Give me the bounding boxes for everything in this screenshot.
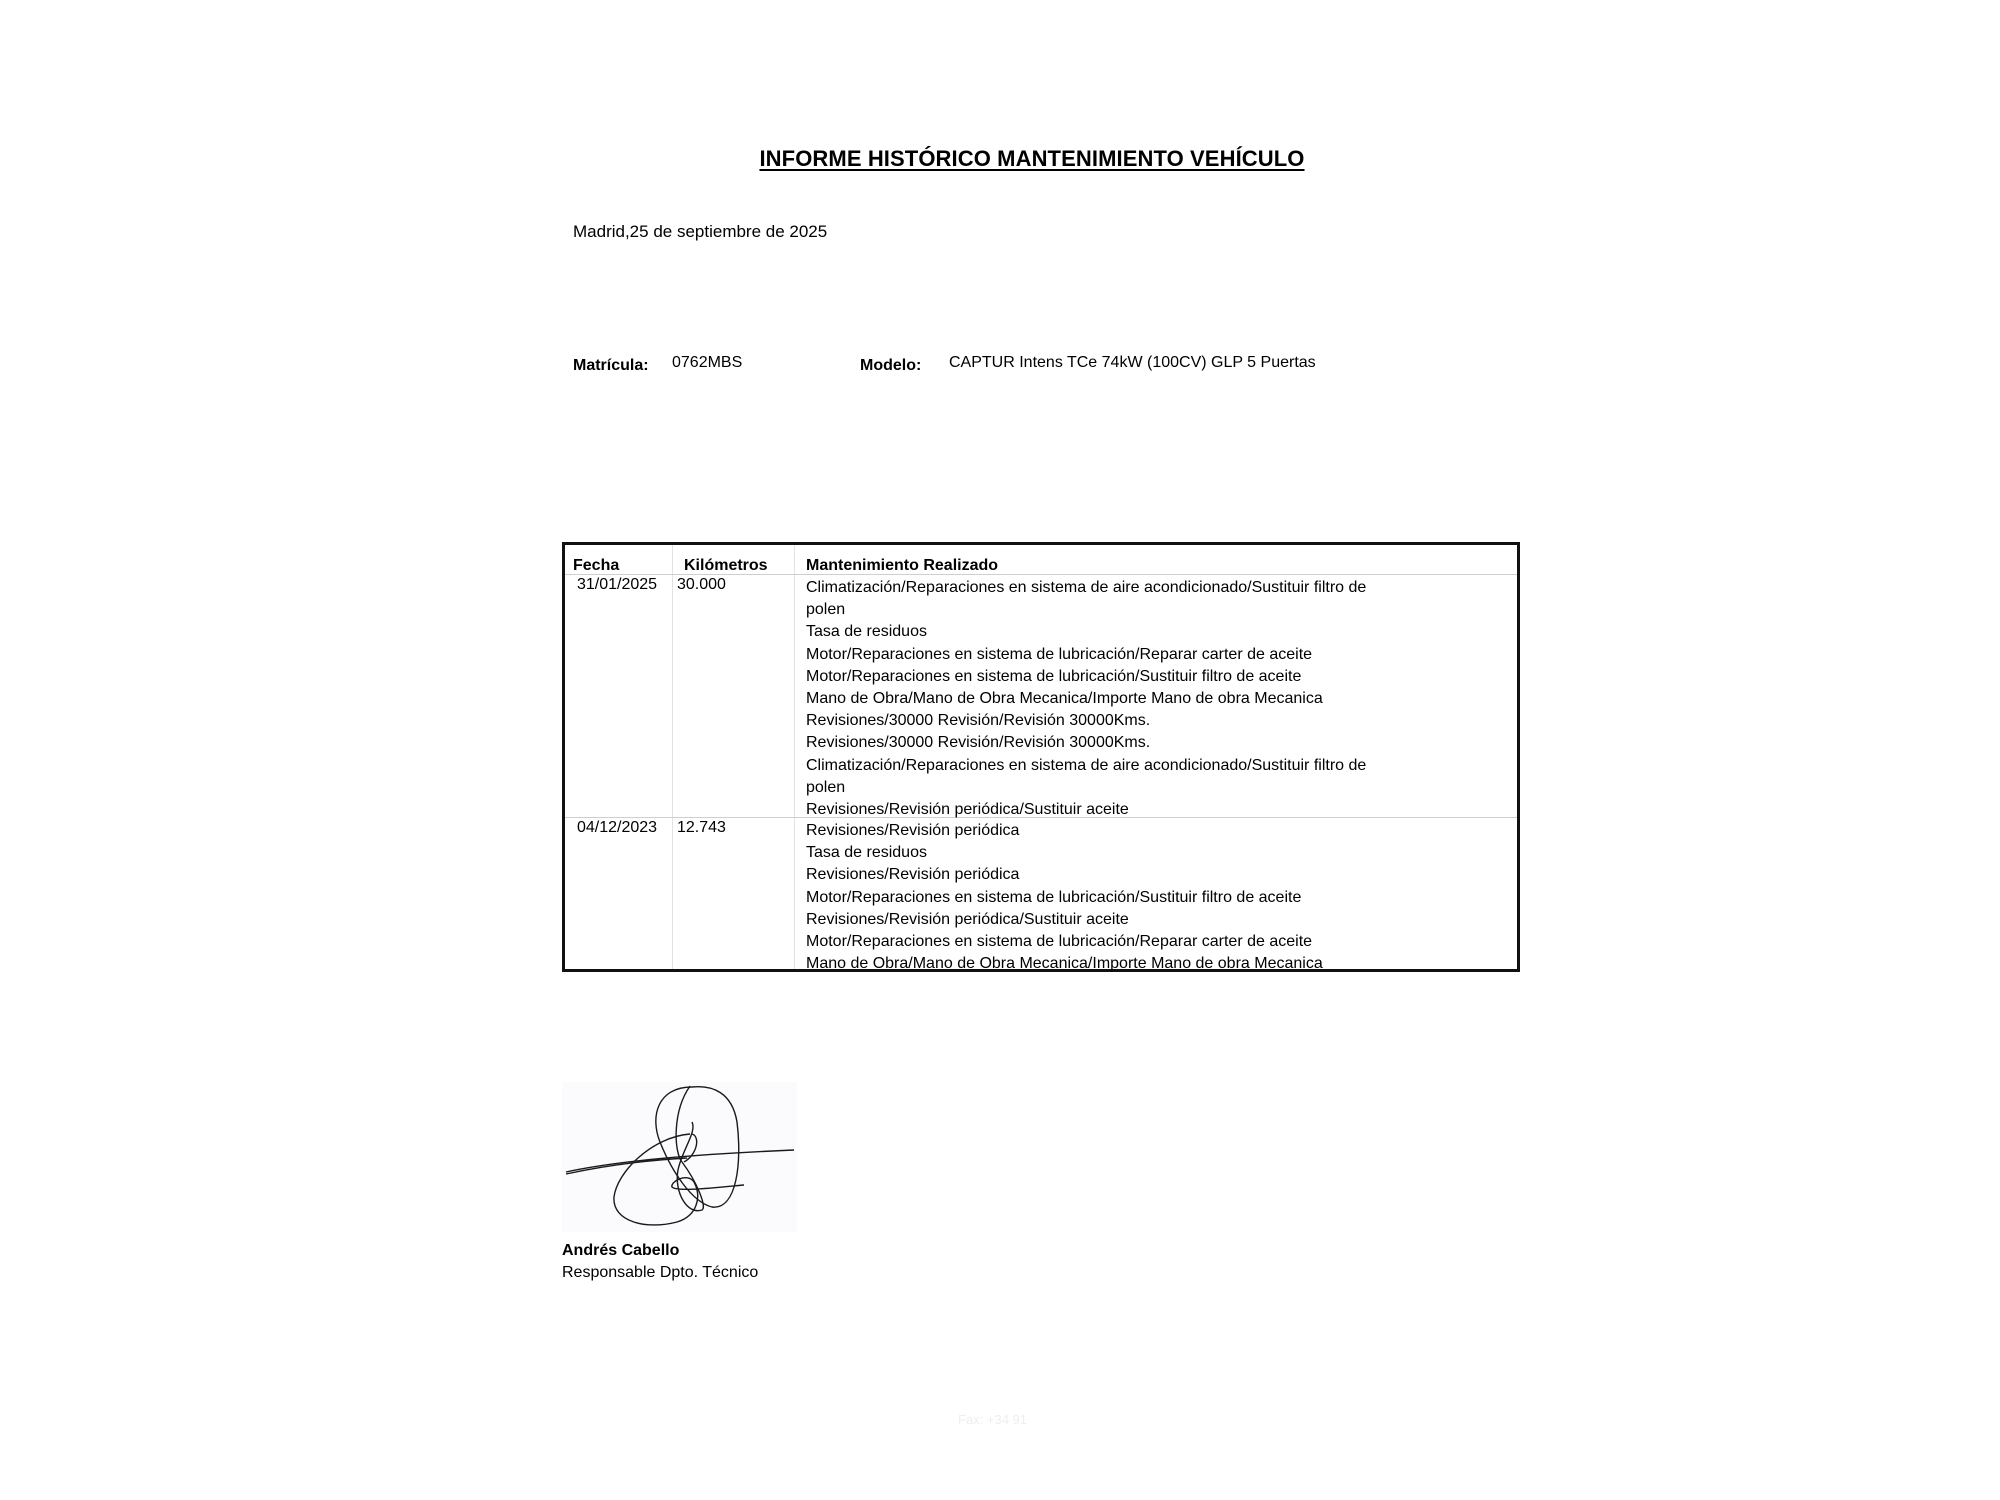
maintenance-item: Revisiones/Revisión periódica/Sustituir … — [806, 799, 1406, 821]
maintenance-item: Motor/Reparaciones en sistema de lubrica… — [806, 931, 1406, 953]
row-date: 31/01/2025 — [577, 576, 657, 594]
maintenance-item: Revisiones/Revisión periódica — [806, 820, 1406, 842]
row-date: 04/12/2023 — [577, 819, 657, 837]
row-items: Revisiones/Revisión periódicaTasa de res… — [806, 820, 1406, 975]
maintenance-item: Climatización/Reparaciones en sistema de… — [806, 755, 1406, 799]
maintenance-item: Climatización/Reparaciones en sistema de… — [806, 577, 1406, 621]
maintenance-item: Mano de Obra/Mano de Obra Mecanica/Impor… — [806, 953, 1406, 975]
maintenance-item: Revisiones/30000 Revisión/Revisión 30000… — [806, 732, 1406, 754]
model-value: CAPTUR Intens TCe 74kW (100CV) GLP 5 Pue… — [949, 354, 1316, 372]
vehicle-info: Matrícula: 0762MBS Modelo: CAPTUR Intens… — [573, 354, 1573, 378]
column-divider — [672, 545, 673, 969]
maintenance-item: Mano de Obra/Mano de Obra Mecanica/Impor… — [806, 688, 1406, 710]
signature-image — [562, 1082, 797, 1232]
maintenance-item: Revisiones/Revisión periódica — [806, 864, 1406, 886]
plate-value: 0762MBS — [672, 354, 742, 372]
row-items: Climatización/Reparaciones en sistema de… — [806, 577, 1406, 821]
page-title: INFORME HISTÓRICO MANTENIMIENTO VEHÍCULO — [0, 146, 2000, 172]
signature-scribble-icon — [562, 1082, 797, 1232]
model-label: Modelo: — [860, 357, 921, 375]
footer-fax: Fax: +34 91 — [958, 1412, 1027, 1427]
plate-label: Matrícula: — [573, 357, 649, 375]
signer-name: Andrés Cabello — [562, 1242, 679, 1260]
maintenance-item: Tasa de residuos — [806, 621, 1406, 643]
maintenance-item: Tasa de residuos — [806, 842, 1406, 864]
maintenance-item: Revisiones/30000 Revisión/Revisión 30000… — [806, 710, 1406, 732]
maintenance-item: Revisiones/Revisión periódica/Sustituir … — [806, 909, 1406, 931]
place-date: Madrid,25 de septiembre de 2025 — [573, 222, 827, 242]
header-fecha: Fecha — [573, 557, 619, 575]
row-km: 30.000 — [677, 576, 726, 594]
header-km: Kilómetros — [684, 557, 768, 575]
column-divider — [794, 545, 795, 969]
maintenance-item: Motor/Reparaciones en sistema de lubrica… — [806, 644, 1406, 666]
maintenance-table: Fecha Kilómetros Mantenimiento Realizado… — [562, 542, 1520, 972]
maintenance-item: Motor/Reparaciones en sistema de lubrica… — [806, 666, 1406, 688]
row-km: 12.743 — [677, 819, 726, 837]
maintenance-item: Motor/Reparaciones en sistema de lubrica… — [806, 887, 1406, 909]
header-mantenimiento: Mantenimiento Realizado — [806, 557, 998, 575]
signer-role: Responsable Dpto. Técnico — [562, 1264, 758, 1282]
